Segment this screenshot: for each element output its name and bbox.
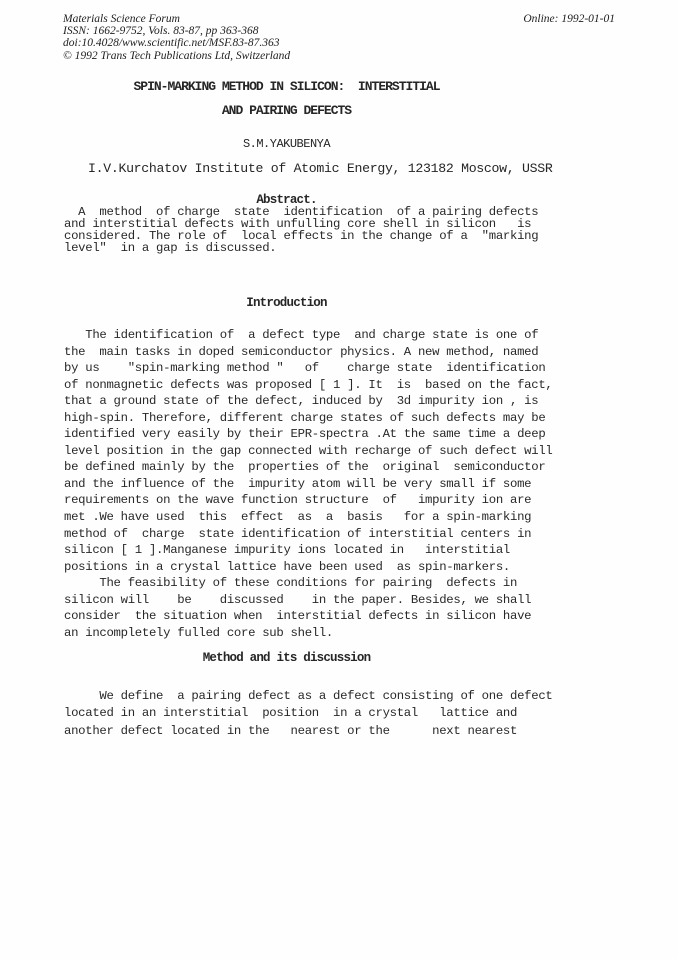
introduction-heading: Introduction (63, 296, 510, 310)
introduction-text: The identification of a defect type and … (64, 327, 552, 641)
online-date: Online: 1992-01-01 (523, 13, 615, 25)
paper-page: Materials Science Forum ISSN: 1662-9752,… (0, 0, 678, 959)
paper-title-line1: SPIN-MARKING METHOD IN SILICON: INTERSTI… (63, 79, 510, 94)
copyright-line: © 1992 Trans Tech Publications Ltd, Swit… (63, 50, 290, 62)
author-name: S.M.YAKUBENYA (63, 137, 510, 151)
doi-line: doi:10.4028/www.scientific.net/MSF.83-87… (63, 37, 290, 49)
method-heading: Method and its discussion (63, 651, 510, 665)
paper-title-line2: AND PAIRING DEFECTS (63, 103, 510, 118)
abstract-text: A method of charge state identification … (64, 207, 538, 255)
author-affiliation: I.V.Kurchatov Institute of Atomic Energy… (88, 161, 552, 176)
method-text: We define a pairing defect as a defect c… (64, 688, 552, 740)
publication-info: Materials Science Forum ISSN: 1662-9752,… (63, 13, 290, 62)
issn-line: ISSN: 1662-9752, Vols. 83-87, pp 363-368 (63, 25, 290, 37)
journal-name: Materials Science Forum (63, 13, 290, 25)
